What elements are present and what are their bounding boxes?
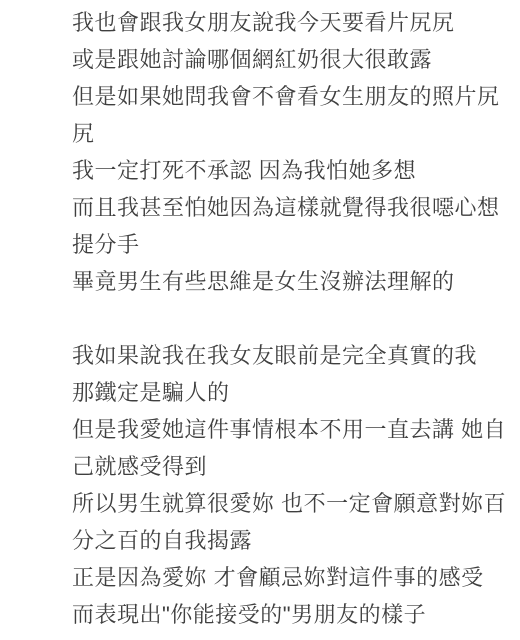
text-line: 我如果說我在我女友眼前是完全真實的我 [72,337,500,374]
text-line: 尻 [72,115,500,152]
paragraph-2: 我如果說我在我女友眼前是完全真實的我 那鐵定是騙人的 但是我愛她這件事情根本不用… [72,337,500,633]
text-line: 那鐵定是騙人的 [72,374,500,411]
text-line: 或是跟她討論哪個網紅奶很大很敢露 [72,41,500,78]
paragraph-1: 我也會跟我女朋友說我今天要看片尻尻 或是跟她討論哪個網紅奶很大很敢露 但是如果她… [72,4,500,300]
text-line: 但是我愛她這件事情根本不用一直去講 她自 [72,411,500,448]
text-line: 而且我甚至怕她因為這樣就覺得我很噁心想 [72,189,500,226]
text-line: 而表現出"你能接受的"男朋友的樣子 [72,596,500,633]
text-line: 我一定打死不承認 因為我怕她多想 [72,152,500,189]
page: 我也會跟我女朋友說我今天要看片尻尻 或是跟她討論哪個網紅奶很大很敢露 但是如果她… [0,0,520,640]
text-line: 正是因為愛妳 才會顧忌妳對這件事的感受 [72,559,500,596]
text-line: 畢竟男生有些思維是女生沒辦法理解的 [72,263,500,300]
text-line: 但是如果她問我會不會看女生朋友的照片尻 [72,78,500,115]
text-line: 我也會跟我女朋友說我今天要看片尻尻 [72,4,500,41]
text-line: 己就感受得到 [72,448,500,485]
text-line: 所以男生就算很愛妳 也不一定會願意對妳百 [72,485,500,522]
text-line: 分之百的自我揭露 [72,522,500,559]
text-line: 提分手 [72,226,500,263]
post-body: 我也會跟我女朋友說我今天要看片尻尻 或是跟她討論哪個網紅奶很大很敢露 但是如果她… [0,0,520,633]
